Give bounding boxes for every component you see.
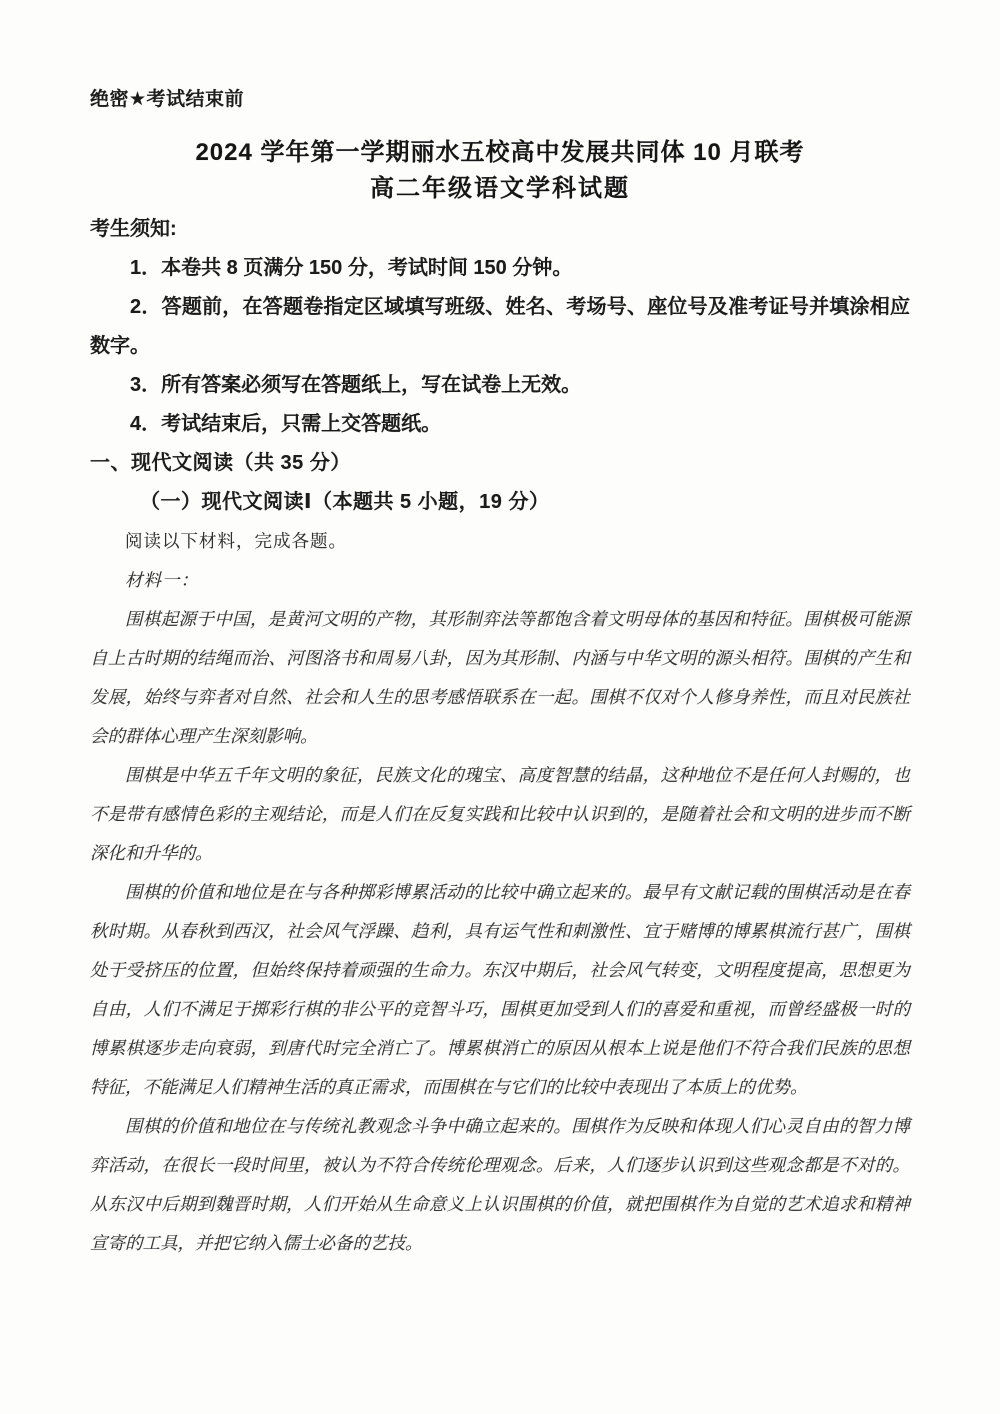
material-text-line: 围棋起源于中国，是黄河文明的产物，其形制弈法等都饱含着文明母体的基因和特征。围棋… — [90, 600, 910, 639]
material-text-line: 宣寄的工具，并把它纳入儒士必备的艺技。 — [90, 1224, 910, 1263]
reading-instruction: 阅读以下材料，完成各题。 — [125, 522, 910, 561]
exam-subtitle: 高二年级语文学科试题 — [90, 170, 910, 208]
material-text-line: 从东汉中后期到魏晋时期，人们开始从生命意义上认识围棋的价值，就把围棋作为自觉的艺… — [90, 1185, 910, 1224]
material-text-line: 围棋的价值和地位是在与各种掷彩博累活动的比较中确立起来的。最早有文献记载的围棋活… — [90, 873, 910, 912]
material-text-line: 围棋的价值和地位在与传统礼教观念斗争中确立起来的。围棋作为反映和体现人们心灵自由… — [90, 1107, 910, 1146]
notice-item: 1．本卷共 8 页满分 150 分，考试时间 150 分钟。 — [90, 249, 910, 288]
material-text-line: 秋时期。从春秋到西汉，社会风气浮躁、趋利，具有运气性和刺激性、宜于赌博的博累棋流… — [90, 912, 910, 951]
notice-item: 3．所有答案必须写在答题纸上，写在试卷上无效。 — [90, 366, 910, 405]
material-one-body: 围棋起源于中国，是黄河文明的产物，其形制弈法等都饱含着文明母体的基因和特征。围棋… — [90, 600, 910, 1263]
notice-item: 4．考试结束后，只需上交答题纸。 — [90, 405, 910, 444]
material-text-line: 自上古时期的结绳而治、河图洛书和周易八卦，因为其形制、内涵与中华文明的源头相符。… — [90, 639, 910, 678]
material-text-line: 自由，人们不满足于掷彩行棋的非公平的竞智斗巧，围棋更加受到人们的喜爱和重视，而曾… — [90, 990, 910, 1029]
notice-heading: 考生须知: — [90, 210, 910, 249]
material-text-line: 处于受挤压的位置，但始终保持着顽强的生命力。东汉中期后，社会风气转变，文明程度提… — [90, 951, 910, 990]
section-one-heading: 一、现代文阅读（共 35 分） — [90, 444, 910, 483]
notice-item: 数字。 — [90, 327, 910, 366]
notice-list: 1．本卷共 8 页满分 150 分，考试时间 150 分钟。2．答题前，在答题卷… — [90, 249, 910, 444]
material-text-line: 不是带有感情色彩的主观结论，而是人们在反复实践和比较中认识到的，是随着社会和文明… — [90, 795, 910, 834]
material-one-label: 材料一： — [125, 561, 910, 600]
secrecy-label: 绝密★考试结束前 — [90, 86, 910, 114]
exam-paper-page: 绝密★考试结束前 2024 学年第一学期丽水五校高中发展共同体 10 月联考 高… — [0, 0, 1000, 1414]
exam-title: 2024 学年第一学期丽水五校高中发展共同体 10 月联考 — [90, 136, 910, 170]
material-text-line: 发展，始终与弈者对自然、社会和人生的思考感悟联系在一起。围棋不仅对个人修身养性，… — [90, 678, 910, 717]
material-text-line: 会的群体心理产生深刻影响。 — [90, 717, 910, 756]
material-text-line: 弈活动，在很长一段时间里，被认为不符合传统伦理观念。后来，人们逐步认识到这些观念… — [90, 1146, 910, 1185]
material-text-line: 特征，不能满足人们精神生活的真正需求，而围棋在与它们的比较中表现出了本质上的优势… — [90, 1068, 910, 1107]
material-text-line: 深化和升华的。 — [90, 834, 910, 873]
notice-item: 2．答题前，在答题卷指定区域填写班级、姓名、考场号、座位号及准考证号并填涂相应 — [90, 288, 910, 327]
material-text-line: 围棋是中华五千年文明的象征，民族文化的瑰宝、高度智慧的结晶，这种地位不是任何人封… — [90, 756, 910, 795]
subsection-heading: （一）现代文阅读Ⅰ（本题共 5 小题，19 分） — [140, 483, 910, 522]
material-text-line: 博累棋逐步走向衰弱，到唐代时完全消亡了。博累棋消亡的原因从根本上说是他们不符合我… — [90, 1029, 910, 1068]
